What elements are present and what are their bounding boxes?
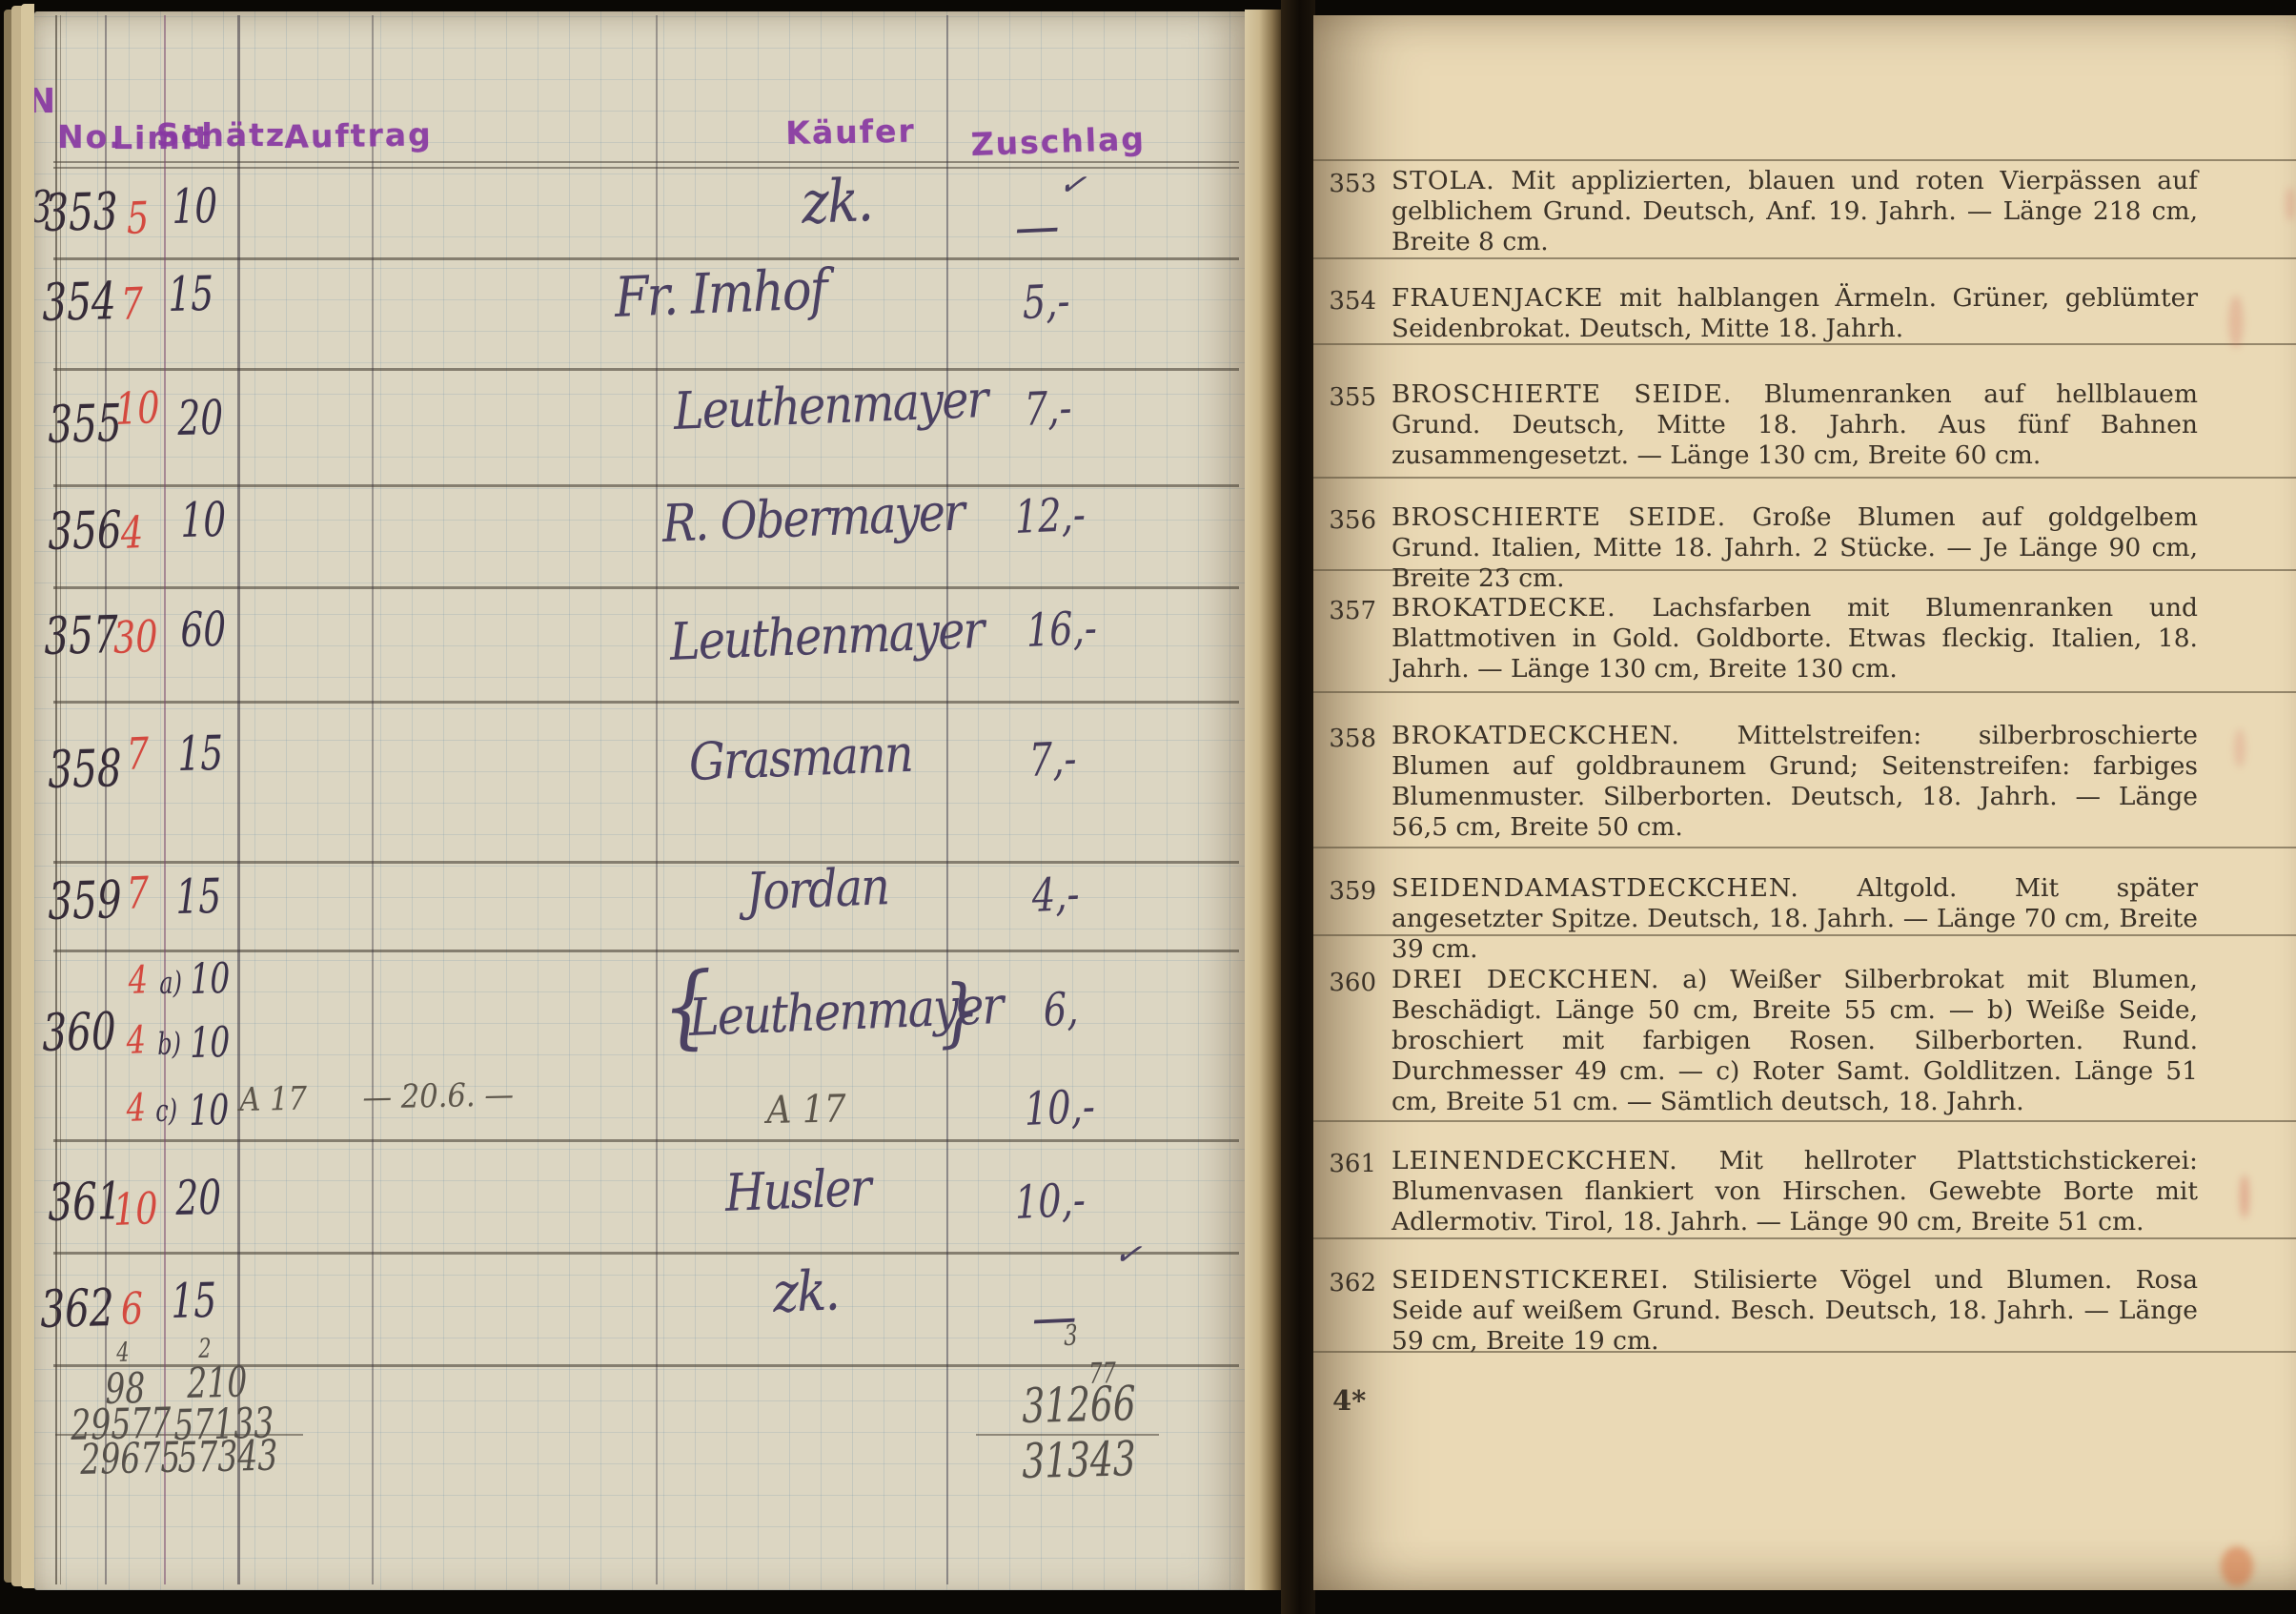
catalog-entry-number: 358 [1321, 725, 1376, 753]
entry-rule-line [1313, 477, 2296, 479]
ledger-rows-5-kaeufer: Grasmann [688, 724, 913, 792]
ledger-rows-9-no: 362 [40, 1277, 114, 1339]
ledger-checks-0: ✓ [1056, 164, 1088, 206]
entry-rule-line [1313, 257, 2296, 259]
ledger-rows-3-zuschlag: 12,- [1014, 488, 1087, 544]
ledger-rows-7-zuschlag_second: 10,- [1024, 1080, 1096, 1136]
ledger-rows-4-kaeufer: Leuthenmayer [669, 600, 984, 672]
ledger-stamps-schaetz: Schätz [156, 116, 286, 153]
column-rule-line [237, 15, 240, 1584]
ledger-margin-letter: N [34, 82, 57, 121]
ledger-rows-1-no: 354 [42, 271, 116, 333]
ledger-rows-0-zuschlag: — [1014, 193, 1060, 259]
ledger-rows-0-no: 353 [44, 181, 118, 243]
ledger-stamps-zuschlag: Zuschlag [970, 120, 1147, 163]
catalog-entry-text: DREI DECKCHEN. a) Weißer Silberbrokat mi… [1392, 965, 2198, 1117]
ledger-rows-8-zuschlag: 10,- [1014, 1174, 1087, 1230]
ledger-rows-4-zuschlag: 16,- [1026, 602, 1098, 658]
ledger-rows-7-sub_values-2: 10 [189, 1086, 230, 1135]
catalog-entry-text: BROKATDECKE. Lachsfarben mit Blumenranke… [1392, 593, 2198, 684]
catalog-entry-name: SEIDENSTICKEREI. [1392, 1265, 1670, 1295]
ledger-rows-2-limit: 10 [114, 381, 160, 435]
ledger-rows-8-limit: 10 [112, 1182, 158, 1236]
catalog-entry-text: BROSCHIERTE SEIDE. Blumenranken auf hell… [1392, 379, 2198, 471]
ledger-rows-3-schaetz: 10 [180, 492, 226, 548]
ledger-rows-9-schaetz: 15 [171, 1273, 216, 1329]
entry-rule-line [1313, 1237, 2296, 1239]
ledger-rows-7-kaeufer_second: A 17 [766, 1087, 846, 1133]
left-ledger-page: No.LimitSchätzAuftragKäuferZuschlagN3✓✓3… [34, 11, 1245, 1590]
ledger-rows-7-brace_right: } [938, 969, 981, 1056]
catalog-entry-name: BROKATDECKE. [1392, 593, 1616, 623]
ledger-rows-7-zuschlag: 6, [1043, 982, 1079, 1037]
catalog-entry-number: 355 [1321, 383, 1376, 412]
ledger-totals-limit_total: 29675 [80, 1434, 181, 1484]
row-rule-line [53, 701, 1239, 704]
ledger-rows-2-schaetz: 20 [177, 390, 223, 446]
ledger-rows-7-no: 360 [42, 1001, 116, 1063]
ledger-stamps-kaeufer: Käufer [785, 112, 916, 152]
ledger-rows-7-sub_labels-1: b) [157, 1025, 181, 1062]
ledger-rows-5-zuschlag: 7,- [1028, 732, 1077, 787]
ledger-rows-0-kaeufer: zk. [801, 165, 873, 237]
ledger-rows-6-schaetz: 15 [175, 868, 221, 925]
ledger-totals-limit_carry: 4 [116, 1337, 130, 1368]
row-rule-line [53, 1139, 1239, 1142]
row-rule-line [53, 484, 1239, 487]
catalog-entry-number: 353 [1321, 170, 1376, 198]
ledger-rows-1-kaeufer: Fr. Imhof [614, 256, 827, 330]
ledger-rows-4-limit: 30 [112, 610, 158, 664]
ledger-rows-9-kaeufer: zk. [772, 1257, 840, 1325]
page-fold-edge [1245, 10, 1281, 1590]
ledger-rows-2-zuschlag: 7,- [1024, 381, 1072, 437]
header-underline [53, 161, 1239, 163]
ledger-rows-7-sub_limits-0: 4 [128, 958, 149, 1003]
red-margin-smudge [2286, 187, 2295, 221]
column-rule-line [60, 15, 61, 1584]
ledger-rows-9-limit: 6 [120, 1282, 144, 1335]
column-rule-line [55, 15, 57, 1584]
ledger-rows-3-kaeufer: R. Obermayer [661, 481, 965, 554]
ledger-rows-6-kaeufer: Jordan [745, 856, 889, 922]
ledger-rows-6-limit: 7 [126, 867, 150, 919]
row-rule-line [53, 368, 1239, 371]
ledger-totals-zuschlag_total: 31343 [1022, 1431, 1136, 1489]
red-margin-smudge [2240, 1175, 2249, 1218]
row-rule-line [53, 1252, 1239, 1255]
ledger-rows-6-zuschlag: 4,- [1031, 868, 1080, 923]
column-rule-line [372, 15, 374, 1584]
catalog-entry-text: SEIDENDAMASTDECKCHEN. Altgold. Mit späte… [1392, 873, 2198, 965]
ledger-rows-7-sub_limits-1: 4 [126, 1018, 147, 1063]
catalog-entry-number: 356 [1321, 506, 1376, 535]
book-gutter-shadow [1281, 0, 1315, 1614]
catalog-entry-number: 360 [1321, 969, 1376, 997]
catalog-entry-name: SEIDENDAMASTDECKCHEN. [1392, 873, 1799, 903]
ledger-rows-8-schaetz: 20 [175, 1170, 221, 1226]
row-rule-line [53, 586, 1239, 589]
ledger-rows-7-sub_labels-2: c) [155, 1092, 177, 1129]
ledger-rows-7-sub_limits-2: 4 [126, 1086, 147, 1131]
red-margin-smudge [2234, 729, 2245, 767]
entry-rule-line [1313, 159, 2296, 161]
red-margin-smudge [2228, 296, 2244, 348]
catalog-entry-description: Mit applizierten, blauen und roten Vierp… [1392, 166, 2198, 256]
ledger-rows-3-limit: 4 [120, 506, 144, 559]
ledger-rows-0-limit: 5 [126, 192, 150, 244]
entry-rule-line [1313, 1120, 2296, 1122]
catalog-entry-name: FRAUENJACKE [1392, 283, 1604, 313]
catalog-entry-number: 359 [1321, 877, 1376, 906]
catalog-entry-name: BROSCHIERTE SEIDE. [1392, 379, 1732, 409]
ledger-rows-0-schaetz: 10 [172, 178, 217, 235]
ledger-rows-1-zuschlag: 5,- [1022, 275, 1070, 330]
ledger-rows-8-kaeufer: Husler [724, 1157, 871, 1223]
ledger-checks-1: ✓ [1111, 1234, 1144, 1276]
right-catalog-page: 353STOLA. Mit applizierten, blauen und r… [1313, 15, 2296, 1590]
ledger-rows-7-sub_values-1: 10 [190, 1018, 231, 1068]
ledger-totals-zuschlag_sub: 31266 [1022, 1376, 1136, 1434]
ledger-rows-4-schaetz: 60 [180, 602, 226, 658]
auction-ledger-book-scan: No.LimitSchätzAuftragKäuferZuschlagN3✓✓3… [0, 0, 2296, 1614]
row-rule-line [53, 861, 1239, 864]
catalog-entry-name: BROSCHIERTE SEIDE. [1392, 502, 1726, 532]
ledger-rows-5-limit: 7 [126, 727, 150, 780]
ledger-rows-7-sub_labels-0: a) [159, 964, 182, 1001]
catalog-entry-name: STOLA. [1392, 166, 1495, 195]
catalog-entry-name: BROKATDECKCHEN. [1392, 721, 1680, 750]
ledger-rows-9-zuschlag_sub: 3 [1064, 1319, 1078, 1353]
red-margin-smudge [2221, 1546, 2253, 1586]
ledger-rows-7-sub_values-0: 10 [190, 954, 231, 1004]
row-rule-line [53, 950, 1239, 952]
ledger-rows-6-no: 359 [48, 869, 122, 931]
column-rule-line [656, 15, 658, 1584]
ledger-stamps-auftrag: Auftrag [284, 115, 433, 155]
catalog-entry-text: LEINENDECKCHEN. Mit hellroter Plattstich… [1392, 1146, 2198, 1237]
catalog-entry-number: 362 [1321, 1269, 1376, 1297]
column-rule-line [946, 15, 948, 1584]
catalog-entry-name: DREI DECKCHEN. [1392, 965, 1659, 994]
catalog-entry-number: 361 [1321, 1150, 1376, 1178]
ledger-rows-1-schaetz: 15 [168, 266, 213, 322]
catalog-entry-number: 354 [1321, 287, 1376, 316]
row-rule-line [53, 257, 1239, 260]
entry-rule-line [1313, 691, 2296, 693]
ledger-totals-schaetz_total: 57343 [177, 1432, 278, 1482]
ledger-rows-2-kaeufer: Leuthenmayer [673, 369, 987, 441]
catalog-entry-name: LEINENDECKCHEN. [1392, 1146, 1678, 1175]
catalog-entry-text: SEIDENSTICKEREI. Stilisierte Vögel und B… [1392, 1265, 2198, 1357]
ledger-rows-8-no: 361 [48, 1171, 122, 1233]
ledger-rows-5-schaetz: 15 [177, 725, 223, 782]
page-edge-strip [21, 4, 34, 1588]
catalog-entry-text: BROSCHIERTE SEIDE. Große Blumen auf gold… [1392, 502, 2198, 594]
ledger-rows-1-limit: 7 [120, 277, 144, 330]
ledger-rows-4-no: 357 [44, 604, 118, 666]
column-rule-line [164, 15, 166, 1584]
catalog-entry-text: BROKATDECKCHEN. Mittelstreifen: silberbr… [1392, 721, 2198, 843]
catalog-entry-text: STOLA. Mit applizierten, blauen und rote… [1392, 166, 2198, 257]
catalog-entry-text: FRAUENJACKE mit halblangen Ärmeln. Grüne… [1392, 283, 2198, 344]
catalog-entry-number: 357 [1321, 597, 1376, 625]
entry-rule-line [1313, 847, 2296, 848]
ledger-rows-5-no: 358 [48, 738, 122, 800]
ledger-rows-3-no: 356 [48, 500, 122, 562]
ledger-rows-7-auftrag_note: A 17 — 20.6. — [239, 1075, 514, 1119]
column-rule-line [105, 15, 107, 1584]
ledger-rows-2-no: 355 [48, 393, 122, 455]
printer-signature-mark: 4* [1332, 1384, 1366, 1417]
